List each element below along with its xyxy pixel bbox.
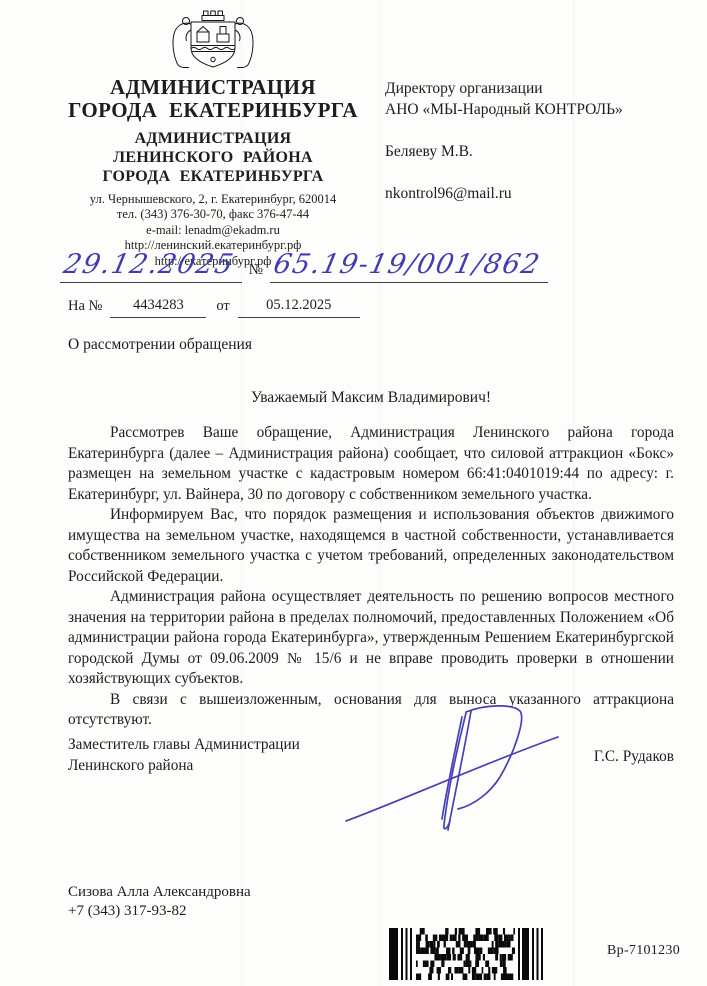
recipient-name: Беляеву М.В. <box>385 141 623 162</box>
paragraph-2: Информируем Вас, что порядок размещения … <box>68 505 674 587</box>
org-line3: ГОРОДА ЕКАТЕРИНБУРГА <box>28 167 398 186</box>
incoming-reference-line: На № 4434283 от 05.12.2025 <box>68 297 360 318</box>
subject-line: О рассмотрении обращения <box>68 336 252 354</box>
outgoing-number-field: 65.19-19/001/862 <box>270 249 548 283</box>
org-phone: тел. (343) 376-30-70, факс 376-47-44 <box>28 207 398 222</box>
org-email: e-mail: lenadm@ekadm.ru <box>28 223 398 238</box>
recipient-organization: АНО «МЫ-Народный КОНТРОЛЬ» <box>385 99 623 120</box>
paragraph-3: Администрация района осуществляет деятел… <box>68 587 674 690</box>
recipient-block: Директору организации АНО «МЫ-Народный К… <box>385 78 623 204</box>
parent-org-line2: ГОРОДА ЕКАТЕРИНБУРГА <box>28 99 398 122</box>
signature-icon <box>338 697 566 839</box>
signer-name: Г.С. Рудаков <box>552 748 674 766</box>
document-code: Вр-7101230 <box>607 943 680 959</box>
recipient-position: Директору организации <box>385 78 623 99</box>
org-name: АДМИНИСТРАЦИЯ ЛЕНИНСКОГО РАЙОНА ГОРОДА Е… <box>28 129 398 186</box>
parent-org-name: АДМИНИСТРАЦИЯ ГОРОДА ЕКАТЕРИНБУРГА <box>28 76 398 122</box>
signer-title-line1: Заместитель главы Администрации <box>68 734 300 755</box>
numero-sign: № <box>249 262 263 283</box>
reply-number: 4434283 <box>110 297 206 318</box>
handwritten-number: 65.19-19/001/862 <box>271 249 544 281</box>
coat-of-arms-icon <box>161 8 265 70</box>
handwritten-date: 29.12.2025 <box>61 249 237 281</box>
letter-body: Рассмотрев Ваше обращение, Администрация… <box>68 423 674 731</box>
parent-org-line1: АДМИНИСТРАЦИЯ <box>28 76 398 99</box>
executor-phone: +7 (343) 317-93-82 <box>68 902 251 921</box>
reply-label: На № <box>68 298 102 318</box>
scanned-letter-page: АДМИНИСТРАЦИЯ ГОРОДА ЕКАТЕРИНБУРГА АДМИН… <box>0 0 707 986</box>
signer-title-line2: Ленинского района <box>68 755 300 776</box>
reply-from-label: от <box>216 298 229 318</box>
outgoing-date-field: 29.12.2025 <box>60 249 242 283</box>
reply-date: 05.12.2025 <box>238 297 360 318</box>
barcode-image <box>383 928 553 980</box>
letterhead: АДМИНИСТРАЦИЯ ГОРОДА ЕКАТЕРИНБУРГА АДМИН… <box>28 0 398 269</box>
paragraph-1: Рассмотрев Ваше обращение, Администрация… <box>68 423 674 505</box>
executor-name: Сизова Алла Александровна <box>68 883 251 902</box>
org-address: ул. Чернышевского, 2, г. Екатеринбург, 6… <box>28 192 398 207</box>
salutation: Уважаемый Максим Владимирович! <box>68 389 674 407</box>
signer-title: Заместитель главы Администрации Ленинско… <box>68 734 300 776</box>
executor-contact: Сизова Алла Александровна +7 (343) 317-9… <box>68 883 251 920</box>
org-line1: АДМИНИСТРАЦИЯ <box>28 129 398 148</box>
org-line2: ЛЕНИНСКОГО РАЙОНА <box>28 148 398 167</box>
outgoing-reference-line: 29.12.2025 № 65.19-19/001/862 <box>60 249 548 283</box>
recipient-email: nkontrol96@mail.ru <box>385 183 623 204</box>
